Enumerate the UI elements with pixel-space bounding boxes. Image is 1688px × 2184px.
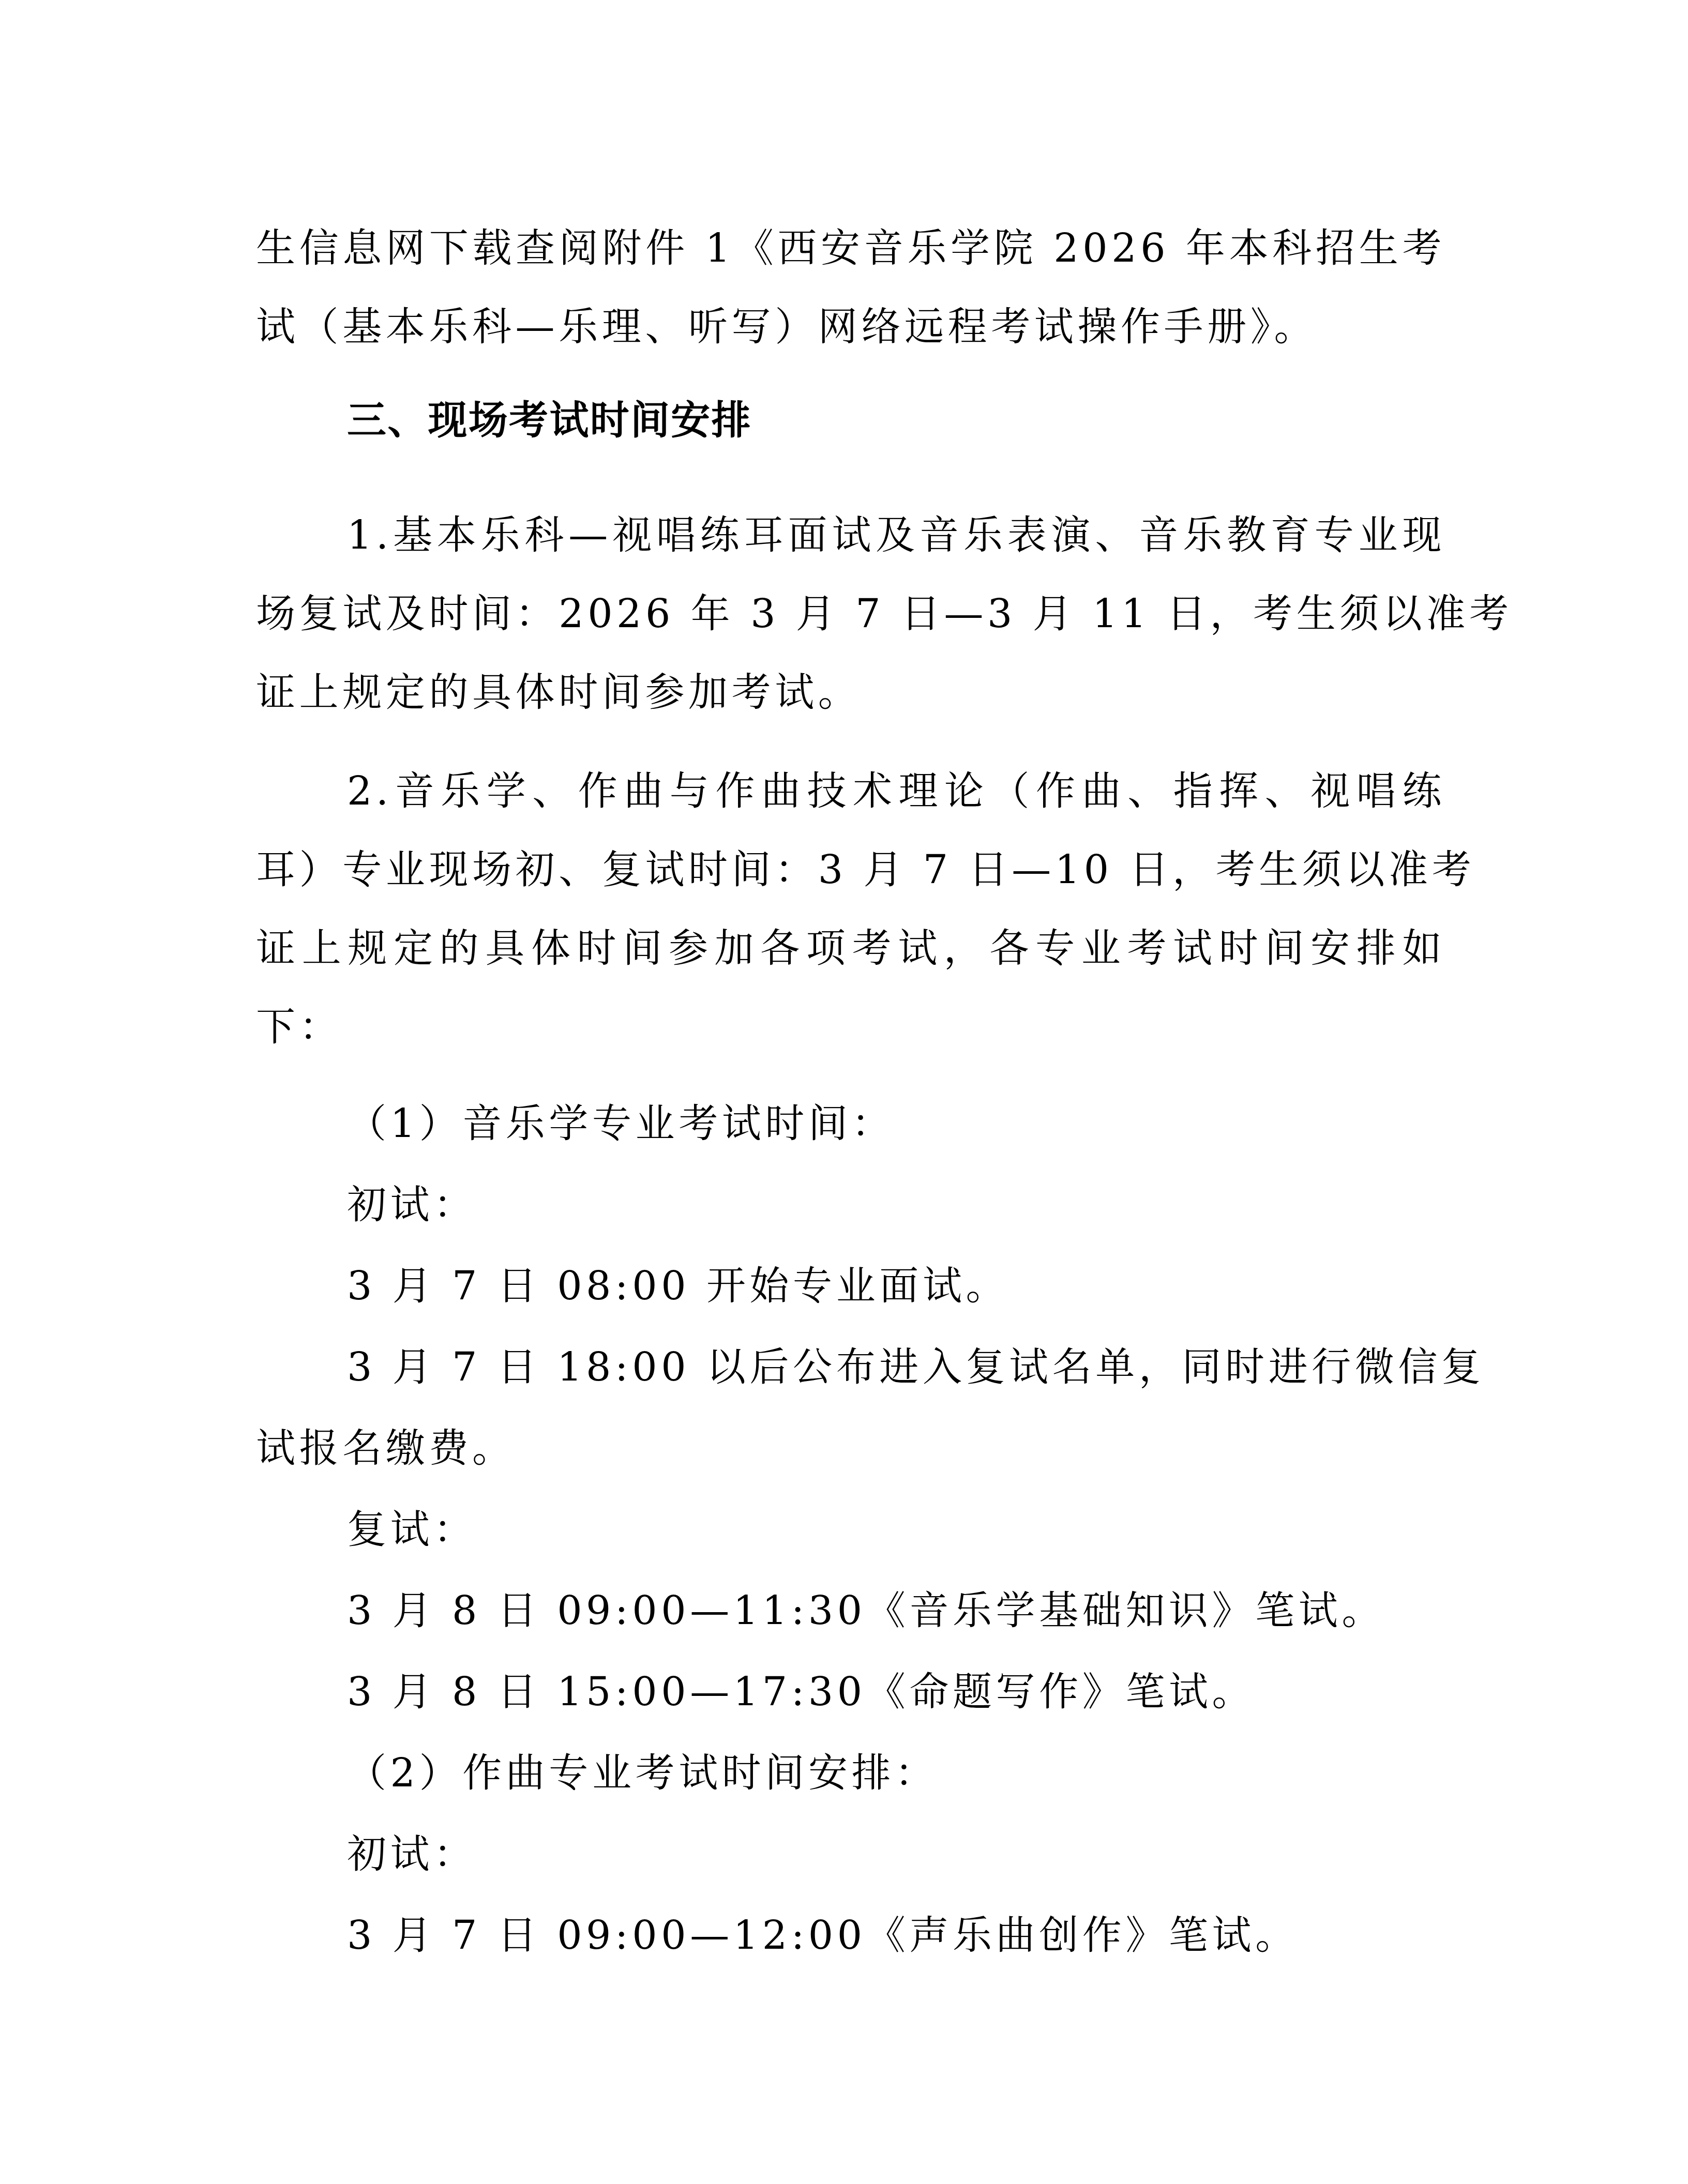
stage-label: 初试：: [256, 1164, 1445, 1245]
schedule-line: 试报名缴费。: [256, 1407, 1445, 1489]
document-body: 生信息网下载查阅附件 1《西安音乐学院 2026 年本科招生考试（基本乐科—乐理…: [256, 209, 1445, 1976]
paragraph-line: 2.音乐学、作曲与作曲技术理论（作曲、指挥、视唱练: [256, 752, 1445, 830]
paragraph-line: 耳）专业现场初、复试时间：3 月 7 日—10 日，考生须以准考: [256, 830, 1445, 909]
document-page: 生信息网下载查阅附件 1《西安音乐学院 2026 年本科招生考试（基本乐科—乐理…: [0, 0, 1688, 2184]
paragraph-line: 证上规定的具体时间参加考试。: [256, 653, 1445, 732]
schedule-line: 3 月 7 日 18:00 以后公布进入复试名单，同时进行微信复: [256, 1326, 1445, 1407]
paragraph-line: 场复试及时间：2026 年 3 月 7 日—3 月 11 日，考生须以准考: [256, 574, 1445, 653]
stage-label: 复试：: [256, 1489, 1445, 1570]
paragraph-line: 证上规定的具体时间参加各项考试，各专业考试时间安排如: [256, 909, 1445, 988]
para-continuation-line: 试（基本乐科—乐理、听写）网络远程考试操作手册》。: [256, 287, 1445, 366]
list-item-heading: （1）音乐学专业考试时间：: [256, 1083, 1445, 1164]
schedule-line: 3 月 8 日 09:00—11:30《音乐学基础知识》笔试。: [256, 1570, 1445, 1651]
section-heading: 三、现场考试时间安排: [256, 381, 1445, 460]
para-continuation-line: 生信息网下载查阅附件 1《西安音乐学院 2026 年本科招生考: [256, 209, 1445, 287]
schedule-line: 3 月 7 日 08:00 开始专业面试。: [256, 1245, 1445, 1326]
paragraph-line: 下：: [256, 988, 1445, 1066]
list-item-heading: （2）作曲专业考试时间安排：: [256, 1732, 1445, 1813]
paragraph-line: 1.基本乐科—视唱练耳面试及音乐表演、音乐教育专业现: [256, 496, 1445, 574]
stage-label: 初试：: [256, 1813, 1445, 1894]
schedule-line: 3 月 7 日 09:00—12:00《声乐曲创作》笔试。: [256, 1894, 1445, 1976]
schedule-line: 3 月 8 日 15:00—17:30《命题写作》笔试。: [256, 1651, 1445, 1732]
